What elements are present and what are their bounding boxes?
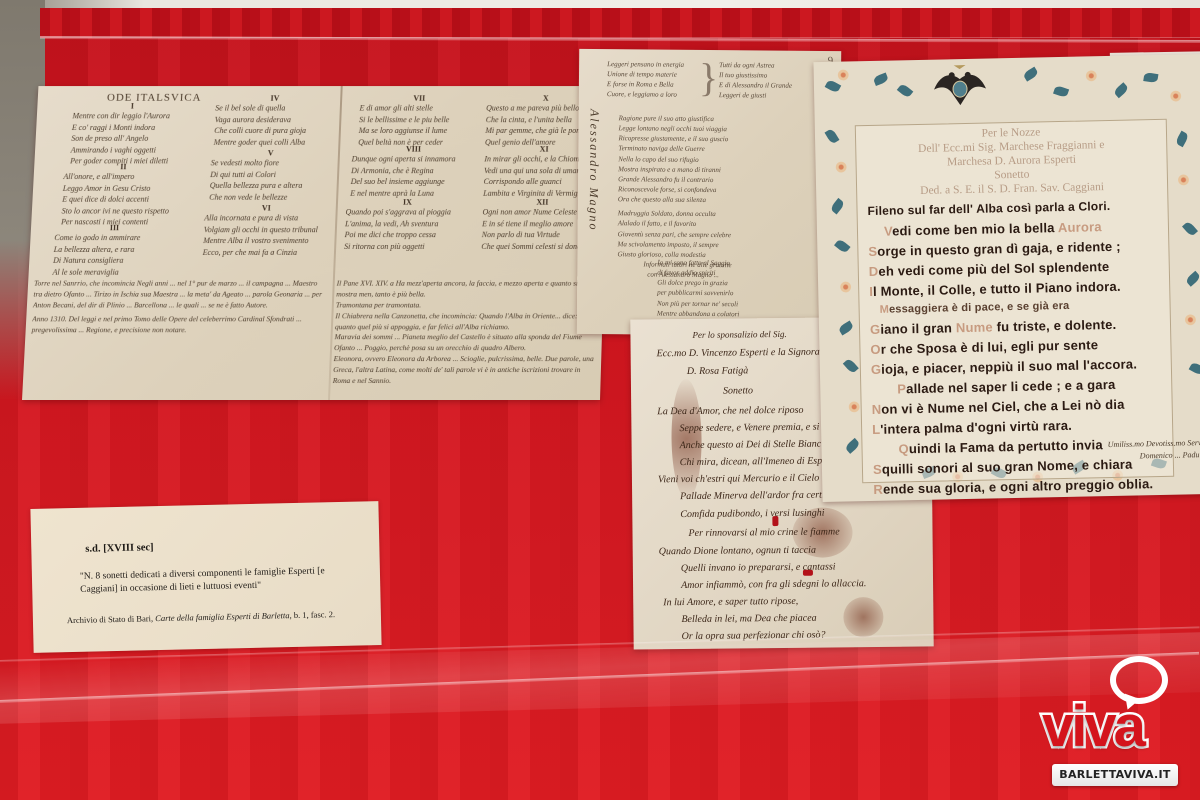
stanza-3: III Come io godo in ammirare La bellezza… [52, 223, 174, 278]
stanza-4: IV Se il bel sole di quella Vaga aurora … [213, 94, 334, 148]
nozze-poem-line: Vedi come ben mio la bella Aurora [884, 219, 1102, 239]
illuminated-sonnet-nozze: Per le Nozze Dell' Ecc.mi Sig. Marchese … [813, 54, 1200, 502]
acrostic-capital: D [869, 264, 879, 279]
caption-date: s.d. [XVIII sec] [85, 538, 355, 555]
manuscript-ode-italsvica: ODE ITALSVICA I Mentre con dir leggio l'… [22, 86, 609, 400]
manuscript-footnotes: Torre nel Sanrrio, che incomincia Negli … [29, 279, 598, 387]
leaf-ornament [844, 438, 860, 454]
stanza-numeral: VI [205, 204, 328, 213]
logo-wordmark: viva [1042, 698, 1143, 756]
leaf-ornament [838, 321, 855, 336]
poem-text: Fileno sul far dell' Alba così parla a C… [867, 199, 1110, 218]
logo-site-badge: BARLETTAVIVA.IT [1052, 764, 1178, 786]
stanza-line: Che non vede le bellezze [209, 192, 329, 203]
sonnet-line: Quando Dione lontano, ognun ti taccia [659, 541, 866, 560]
leaf-ornament [873, 73, 889, 86]
nozze-poem-line: Deh vedi come più del Sol splendente [869, 259, 1110, 279]
sonnet-line: In lui Amore, e saper tutto ripose, [659, 592, 866, 611]
stanza-line: Come io godo in ammirare [54, 232, 174, 243]
caption-archive: Archivio di Stato di Bari, [67, 613, 153, 625]
stanza-line: Se il bel sole di quella [215, 103, 334, 114]
stanza-line: E co' raggi i Monti indora [72, 122, 191, 133]
signature-line: Umiliss.mo Devotiss.mo Servo [1108, 438, 1200, 449]
signature-line: Domenico ... Padula [1140, 450, 1200, 460]
nozze-poem-line: Giano il gran Nume fu triste, e dolente. [870, 317, 1117, 337]
letter-line: per pubblicarmi sovvenirlo [657, 288, 744, 299]
footnote: Maravia dei sommi ... Pianeta meglio del… [334, 333, 596, 355]
barlettaviva-logo: viva BARLETTAVIVA.IT [1040, 656, 1190, 788]
sonnet-line: Comfida pudibondo, i versi lusinghi [658, 503, 865, 524]
sonnet-addressee: D. Rosa Fatigà [687, 364, 749, 379]
nozze-poem-line: Gioja, e piacer, neppiù il suo mal l'acc… [871, 356, 1137, 377]
letter-line: Alalado il fatto, e il favorito [618, 219, 732, 230]
letter-line: Il tuo giustissimo [719, 70, 792, 81]
poem-text: 'intera palma d'ogni virtù rara. [880, 418, 1072, 437]
stanza-line: Si ritorna con più oggetti [344, 241, 468, 252]
stanza-8: VIII Dunque ogni aperta si innamora Di A… [350, 145, 475, 199]
nozze-poem-line: Messaggiera è di pace, e se già era [880, 300, 1070, 316]
sonnet-addressee: Ecc.mo D. Vincenzo Esperti e la Signora [657, 346, 820, 362]
leaf-ornament [1143, 72, 1158, 83]
letter-line: Cuore, e leggiamo a loro [607, 90, 684, 101]
brace-mark: } [699, 58, 719, 98]
stanza-line: Si le bellissime e le piu belle [359, 114, 478, 125]
poem-text: r che Sposa è di lui, egli pur sente [881, 337, 1099, 357]
stanza-2: II All'onore, e all'impero Leggo Amor in… [61, 162, 183, 228]
stanza-line: L'anima, la vedi, Ah sventura [345, 218, 469, 229]
poem-text: uindi la Fama da pertutto invia [909, 437, 1103, 456]
leaf-ornament [834, 238, 851, 254]
nozze-poem-line: Or che Sposa è di lui, egli pur sente [870, 337, 1098, 357]
stanza-line: Vaga aurora desiderava [214, 114, 333, 125]
poem-text: fu triste, e dolente. [993, 317, 1117, 335]
stanza-numeral: V [211, 149, 330, 158]
stanza-numeral: VII [360, 94, 479, 103]
stanza-line: Mentre goder quei colli Alba [213, 137, 332, 148]
fabric-ruffle [40, 8, 1200, 38]
poem-text: edi come ben mio la bella [892, 220, 1058, 238]
stanza-numeral: VIII [352, 145, 475, 154]
stanza-numeral: III [55, 223, 175, 232]
poem-text-faded: Aurora [1058, 219, 1102, 235]
stanza-line: Quella bellezza pura e altera [209, 180, 328, 191]
stanza-9: IX Quando poi s'aggrava al pioggia L'ani… [344, 198, 469, 253]
stanza-line: Volgiam gli occhi in questo tribunal [204, 224, 328, 235]
leaf-ornament [825, 79, 842, 94]
sonnet-frame: Per le Nozze Dell' Ecc.mi Sig. Marchese … [855, 119, 1174, 483]
sonnet-line: Quelli invano io prepararsi, e cantassi [659, 558, 866, 577]
footnote: Tramontana per tramontata. [336, 300, 597, 311]
letter-line: Gioventù senza pari, che sempre celebre [618, 229, 732, 240]
nozze-poem-line: L'intera palma d'ogni virtù rara. [872, 418, 1072, 437]
footnote: Torre nel Sanrrio, che incomincia Negli … [33, 279, 323, 311]
poem-text: ioja, e piacer, neppiù il suo mal l'acco… [881, 356, 1137, 376]
stanza-numeral: IV [216, 94, 335, 103]
letter-line: E di Alessandro il Grande [719, 80, 792, 91]
leaf-ornament [1113, 82, 1129, 98]
letter-header-right: Tutti da ogni Astrea Il tuo giustissimo … [719, 60, 792, 101]
exhibit-caption-label: s.d. [XVIII sec] "N. 8 sonetti dedicati … [30, 501, 381, 653]
flower-ornament [836, 161, 847, 172]
poem-text: essaggiera è di pace, e se già era [889, 300, 1070, 316]
stanza-line: Mentre Alba il vostro svenimento [203, 235, 327, 246]
leaf-ornament [1175, 131, 1190, 148]
stanza-line: Se vedesti molto fiore [211, 157, 330, 168]
stanza-line: Quando poi s'aggrava al pioggia [345, 207, 469, 218]
poem-text: on vi è Nume nel Ciel, che a Lei nò dia [881, 397, 1125, 417]
nozze-poem-line: Sorge in questo gran dì gaja, e ridente … [868, 239, 1121, 259]
letter-line: Leggeri de giusti [719, 91, 792, 102]
stanza-numeral: II [64, 162, 183, 171]
acrostic-capital: G [871, 362, 882, 377]
leaf-ornament [825, 128, 840, 145]
stanza-line: Del suo bel insieme aggiunge [350, 176, 473, 187]
stanza-line: All'onore, e all'impero [63, 171, 183, 182]
leaf-ornament [1185, 271, 1200, 287]
flower-ornament [849, 401, 860, 412]
sonnet-form-label: Sonetto [723, 384, 753, 399]
stanza-line: E quei dice di dolci accenti [62, 194, 182, 205]
footnote: Il Chiabrera nella Canzonetta, che incom… [335, 311, 597, 333]
flower-ornament [840, 281, 851, 292]
flower-ornament [1178, 174, 1189, 185]
stanza-line: Al le sole meraviglia [52, 267, 172, 278]
stanza-1: I Mentre con dir leggio l'Aurora E co' r… [70, 102, 192, 168]
acrostic-capital: G [870, 322, 881, 337]
stanza-line: La bellezza altera, e rara [53, 244, 173, 255]
stanza-line: Sto lo ancor ivi ne questo rispetto [61, 205, 181, 216]
nozze-poem-line: Fileno sul far dell' Alba così parla a C… [867, 199, 1110, 218]
leaf-ornament [1053, 85, 1069, 98]
letter-line: Tutti da ogni Astrea [719, 60, 792, 71]
stanza-5: V Se vedesti molto fiore Di qui tutti ai… [209, 149, 330, 203]
poem-text: orge in questo gran dì gaja, e ridente ; [877, 239, 1121, 259]
footnote: Eleonora, ovvero Eleonora da Arborea ...… [333, 354, 596, 387]
nozze-poem-line: Pallade nel saper li cede ; e a gara [897, 377, 1115, 397]
leaf-ornament [1022, 67, 1039, 82]
letter-header-left: Leggeri pensano in energia Unione di tem… [607, 59, 684, 100]
acrostic-capital: Q [898, 441, 909, 456]
stanza-line: Leggo Amor in Gesu Cristo [63, 183, 183, 194]
manuscript-alessandro-magno: 9 Leggeri pensano in energia Unione di t… [577, 49, 841, 336]
stanza-line: Ammirando i vaghi oggetti [70, 144, 189, 155]
acrostic-capital: N [872, 402, 882, 417]
caption-reference: b. 1, fasc. 2. [294, 609, 336, 620]
stanza-line: Mentre con dir leggio l'Aurora [72, 110, 191, 121]
double-headed-eagle-crest-icon [932, 65, 989, 110]
acrostic-capital: S [868, 244, 877, 259]
footnote: Il Pane XVI. XIV. a Ha mezz'aperta ancor… [336, 279, 598, 301]
caption-description: "N. 8 sonetti dedicati a diversi compone… [80, 565, 357, 597]
nozze-poem-line: Quindi la Fama da pertutto invia [898, 437, 1103, 456]
stanza-line: Di qui tutti ai Colori [210, 169, 329, 180]
acrostic-capital: R [873, 482, 883, 497]
stanza-line: Poi me dici che troppo cessa [344, 229, 468, 240]
acrostic-capital: O [870, 342, 881, 357]
poem-text-faded: Nume [956, 319, 993, 335]
poem-text: l Monte, il Colle, e tutto il Piano indo… [873, 279, 1121, 299]
flower-ornament [1170, 90, 1181, 101]
stanza-line: Che colli cuore di pura gioja [214, 125, 333, 136]
poem-text: iano il gran [880, 320, 956, 337]
acrostic-capital: P [897, 381, 906, 396]
stanza-numeral: I [73, 102, 192, 111]
letter-line: Nella lo capo del suo rifugio [618, 154, 732, 165]
stanza-7: VII E di amor gli alti stelle Si le bell… [358, 94, 479, 148]
leaf-ornament [830, 198, 846, 215]
flower-ornament [1086, 70, 1097, 81]
caption-source: Archivio di Stato di Bari, Carte della f… [67, 608, 357, 625]
nozze-poem-line: Squilli sonori al suo gran Nome, e chiar… [873, 457, 1133, 477]
stanza-line: Ma se loro aggiunse il lume [358, 125, 477, 136]
letter-line: Mentre abbandona a colatori [657, 308, 744, 319]
sonnet-line: Belleda in lei, ma Dea che piacea [659, 609, 866, 628]
letter-body: Ragione pure il suo atto giustifica Legg… [617, 113, 733, 280]
letter-line: Leggeri pensano in energia [607, 59, 684, 70]
poem-text: quilli sonori al suo gran Nome, e chiara [882, 457, 1133, 477]
vertical-heading: Alessandro Magno [586, 109, 602, 232]
letter-line: Unione di tempo materie [607, 69, 684, 80]
flower-ornament [838, 69, 849, 80]
letter-line: Terminato naviga delle Guerre [618, 144, 732, 155]
acrostic-capital: S [873, 462, 882, 477]
stanza-numeral: IX [346, 198, 469, 207]
letter-line: E forse in Roma e Bella [607, 79, 684, 90]
stanza-line: Son de preso all' Angelo [71, 133, 190, 144]
letter-line: Ora che questo alla sua silenza [618, 194, 732, 205]
stanza-line: Dunque ogni aperta si innamora [351, 154, 474, 165]
leaf-ornament [897, 83, 914, 99]
sonnet-line: Per rinnovarsi al mio crine le fiamme [658, 522, 865, 543]
leaf-ornament [1182, 221, 1198, 237]
stanza-line: E di amor gli alti stelle [359, 103, 478, 114]
flower-ornament [1185, 314, 1196, 325]
leaf-ornament [843, 358, 859, 374]
footnote: Anno 1310. Del leggi e nel primo Tomo de… [31, 314, 321, 336]
sonnet-line: Amor infiammò, con fra gli sdegni lo all… [659, 575, 866, 594]
poem-text: allade nel saper li cede ; e a gara [906, 377, 1116, 396]
stanza-6: VI Alla incornata e pura di vista Volgia… [202, 204, 328, 259]
caption-collection: Carte della famiglia Esperti di Barletta… [155, 610, 292, 623]
poem-text: eh vedi come più del Sol splendente [878, 259, 1109, 279]
nozze-poem-line: Rende sua gloria, e ogni altro preggio o… [873, 476, 1153, 497]
poem-text: ende sua gloria, e ogni altro preggio ob… [883, 476, 1154, 497]
stanza-line: Di Armonia, che è Regina [351, 165, 474, 176]
stanza-line: Di Natura consigliera [53, 255, 173, 266]
letter-line: Non più per tornar ne' secoli [657, 298, 744, 309]
leaf-ornament [1189, 361, 1200, 376]
stanza-line: Ecco, per che mai fa a Cinzia [202, 247, 326, 258]
sonnet-heading: Per lo sponsalizio del Sig. [692, 328, 786, 342]
stanza-line: Alla incornata e pura di vista [204, 212, 328, 223]
nozze-poem-line: Il Monte, il Colle, e tutto il Piano ind… [869, 279, 1121, 299]
nozze-poem-line: Non vi è Nume nel Ciel, che a Lei nò dia [872, 397, 1125, 417]
